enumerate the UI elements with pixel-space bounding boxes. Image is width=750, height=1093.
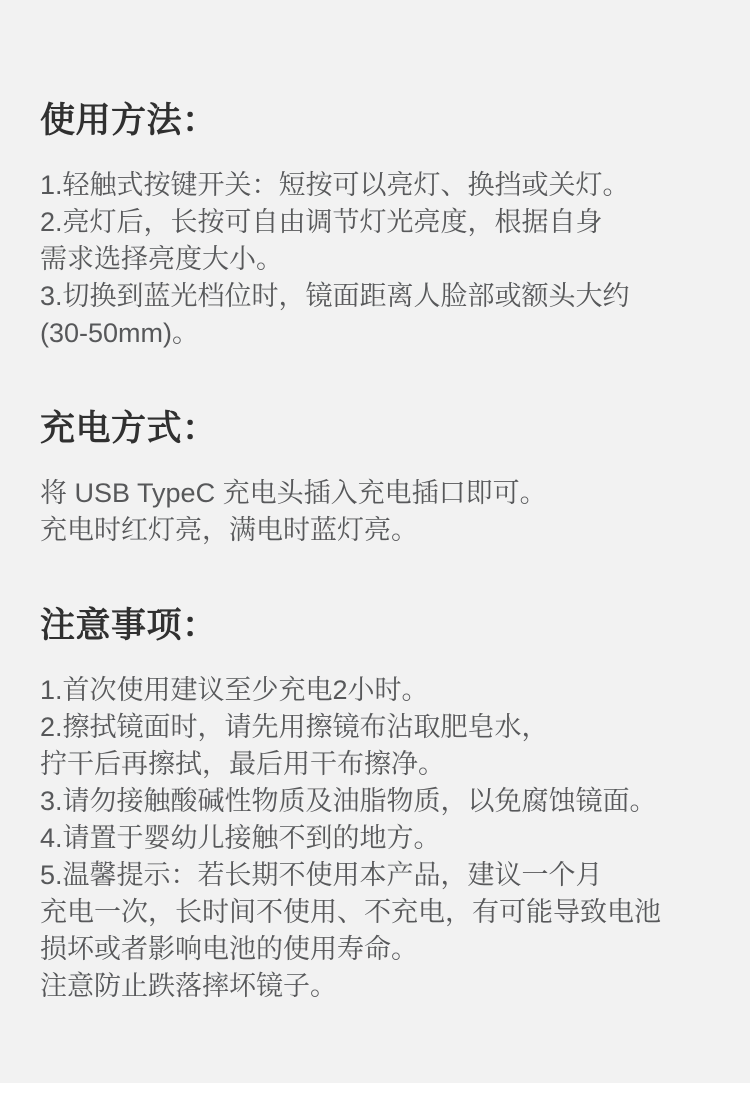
usage-heading: 使用方法：	[40, 100, 710, 141]
precaution-line: 注意防止跌落摔坏镜子。	[40, 968, 710, 1005]
charging-line: 将 USB TypeC 充电头插入充电插口即可。	[40, 475, 710, 512]
precaution-line: 5.温馨提示：若长期不使用本产品，建议一个月	[40, 857, 710, 894]
precaution-line: 1.首次使用建议至少充电2小时。	[40, 672, 710, 709]
usage-line: 1.轻触式按键开关：短按可以亮灯、换挡或关灯。	[40, 167, 710, 204]
precaution-line: 充电一次，长时间不使用、不充电，有可能导致电池	[40, 894, 710, 931]
precaution-line: 损坏或者影响电池的使用寿命。	[40, 931, 710, 968]
precaution-line: 3.请勿接触酸碱性物质及油脂物质，以免腐蚀镜面。	[40, 783, 710, 820]
usage-line: 3.切换到蓝光档位时，镜面距离人脸部或额头大约	[40, 278, 710, 315]
section-usage: 使用方法： 1.轻触式按键开关：短按可以亮灯、换挡或关灯。 2.亮灯后，长按可自…	[40, 100, 710, 352]
usage-line: 需求选择亮度大小。	[40, 241, 710, 278]
section-charging: 充电方式： 将 USB TypeC 充电头插入充电插口即可。 充电时红灯亮，满电…	[40, 408, 710, 549]
usage-line: (30-50mm)。	[40, 315, 710, 352]
precautions-body: 1.首次使用建议至少充电2小时。 2.擦拭镜面时，请先用擦镜布沾取肥皂水， 拧干…	[40, 672, 710, 1005]
section-precautions: 注意事项： 1.首次使用建议至少充电2小时。 2.擦拭镜面时，请先用擦镜布沾取肥…	[40, 605, 710, 1005]
product-detail-image: 使用方法： 1.轻触式按键开关：短按可以亮灯、换挡或关灯。 2.亮灯后，长按可自…	[0, 0, 750, 1093]
precautions-heading: 注意事项：	[40, 605, 710, 646]
precaution-line: 2.擦拭镜面时，请先用擦镜布沾取肥皂水，	[40, 709, 710, 746]
charging-line: 充电时红灯亮，满电时蓝灯亮。	[40, 512, 710, 549]
usage-line: 2.亮灯后，长按可自由调节灯光亮度，根据自身	[40, 204, 710, 241]
charging-heading: 充电方式：	[40, 408, 710, 449]
usage-body: 1.轻触式按键开关：短按可以亮灯、换挡或关灯。 2.亮灯后，长按可自由调节灯光亮…	[40, 167, 710, 352]
charging-body: 将 USB TypeC 充电头插入充电插口即可。 充电时红灯亮，满电时蓝灯亮。	[40, 475, 710, 549]
precaution-line: 拧干后再擦拭，最后用干布擦净。	[40, 746, 710, 783]
precaution-line: 4.请置于婴幼儿接触不到的地方。	[40, 820, 710, 857]
page-bottom-strip	[0, 1083, 750, 1093]
instructions-page: 使用方法： 1.轻触式按键开关：短按可以亮灯、换挡或关灯。 2.亮灯后，长按可自…	[0, 0, 750, 1083]
